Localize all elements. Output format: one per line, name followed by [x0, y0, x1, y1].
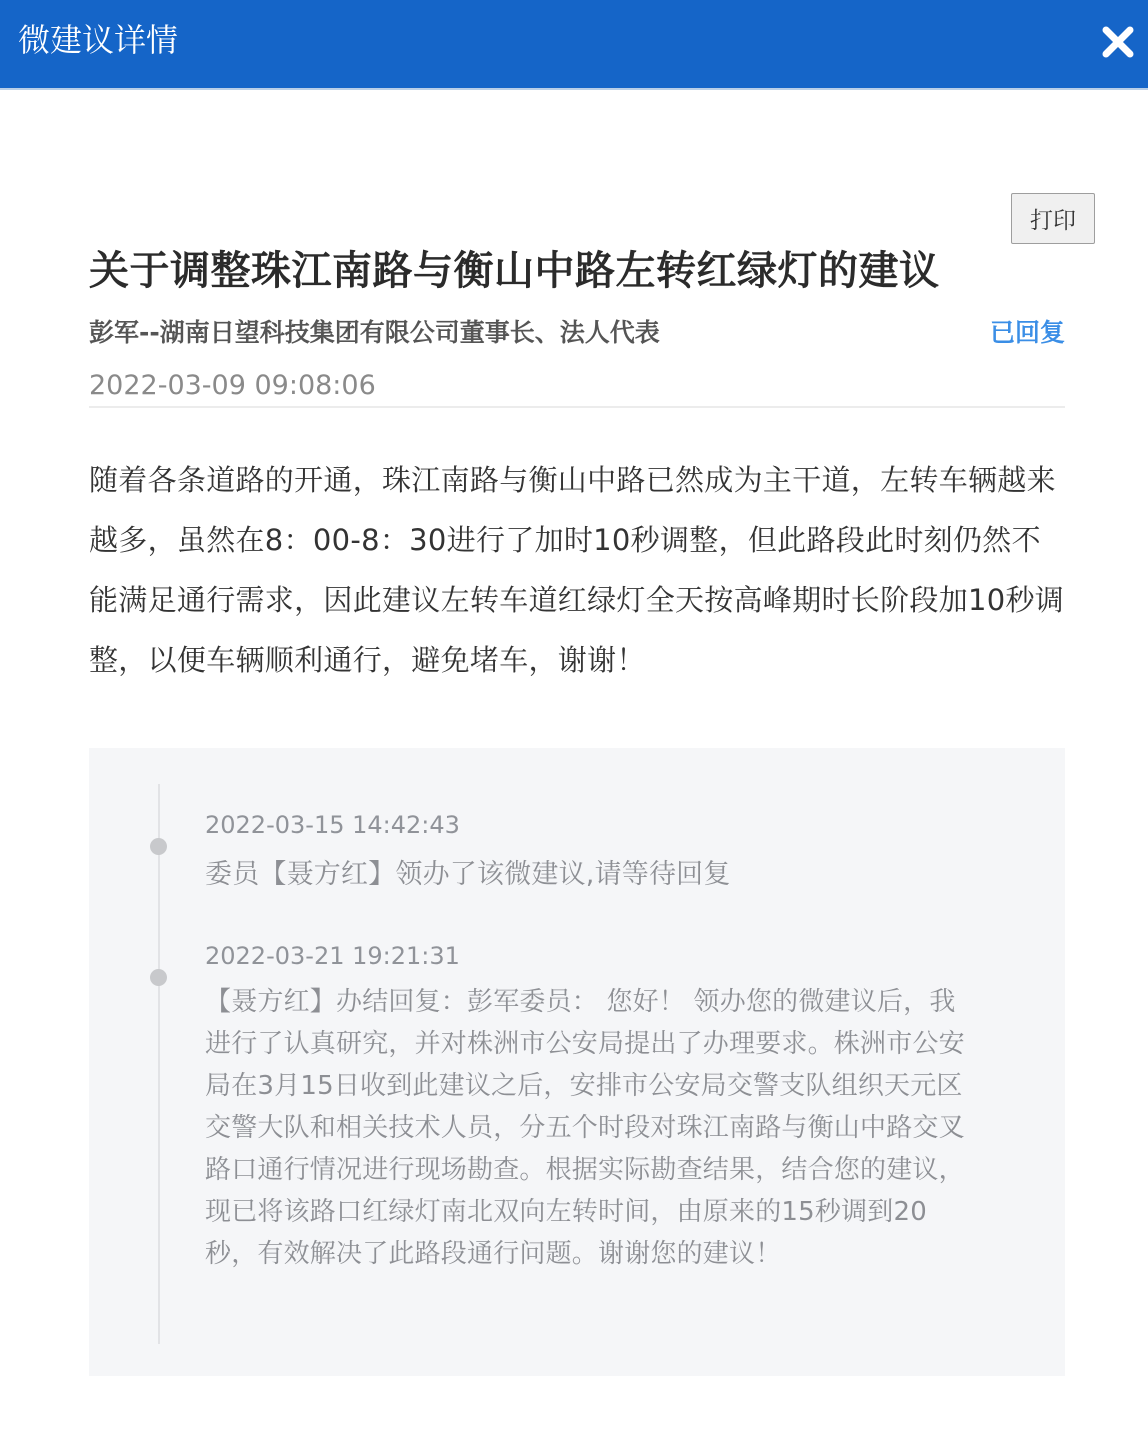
divider — [89, 406, 1065, 408]
suggestion-title: 关于调整珠江南路与衡山中路左转红绿灯的建议 — [89, 243, 940, 299]
timeline-dot — [150, 969, 167, 986]
status-badge: 已回复 — [990, 315, 1065, 351]
suggestion-author: 彭军--湖南日望科技集团有限公司董事长、法人代表 — [89, 315, 660, 351]
header-bar: 微建议详情 — [0, 0, 1148, 90]
suggestion-date: 2022-03-09 09:08:06 — [89, 367, 376, 405]
timeline-item: 2022-03-21 19:21:31 【聂方红】办结回复：彭军委员： 您好！ … — [205, 939, 985, 1275]
print-button[interactable]: 打印 — [1011, 193, 1095, 244]
dialog-title: 微建议详情 — [18, 18, 178, 62]
close-button[interactable] — [1100, 22, 1136, 62]
timeline-time: 2022-03-21 19:21:31 — [205, 939, 985, 973]
close-icon — [1100, 22, 1136, 62]
timeline-text: 委员【聂方红】领办了该微建议,请等待回复 — [205, 854, 985, 896]
timeline-line — [158, 784, 160, 1344]
suggestion-content: 随着各条道路的开通，珠江南路与衡山中路已然成为主干道，左转车辆越来越多，虽然在8… — [89, 450, 1065, 690]
timeline-item: 2022-03-15 14:42:43 委员【聂方红】领办了该微建议,请等待回复 — [205, 808, 985, 896]
timeline-dot — [150, 838, 167, 855]
timeline-reply-text: 【聂方红】办结回复：彭军委员： 您好！ 领办您的微建议后，我进行了认真研究，并对… — [205, 981, 965, 1275]
timeline-time: 2022-03-15 14:42:43 — [205, 808, 985, 842]
timeline-panel: 2022-03-15 14:42:43 委员【聂方红】领办了该微建议,请等待回复… — [89, 748, 1065, 1376]
